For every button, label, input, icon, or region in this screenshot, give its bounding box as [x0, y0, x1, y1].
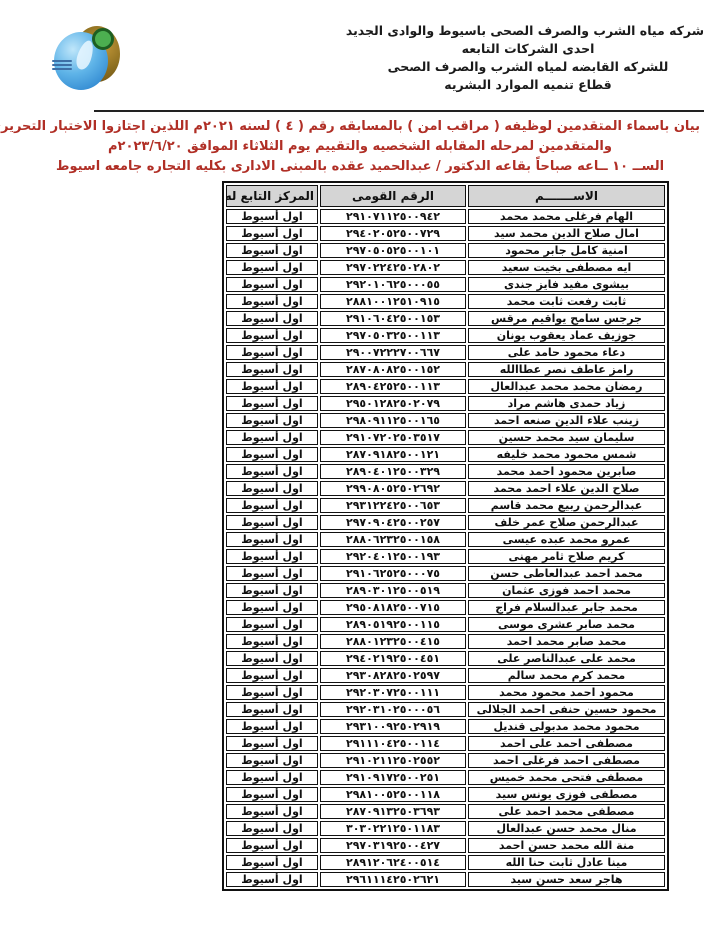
applicant-name-cell: سليمان سيد محمد حسين	[468, 430, 665, 445]
applicant-name-cell: جرجس سامح يواقيم مرقس	[468, 311, 665, 326]
table-row: بيشوى مفيد فايز جندى٢٩٢٠١٠٦٢٥٠٠٠٥٥اول أس…	[226, 277, 665, 292]
center-cell: اول أسيوط	[226, 362, 318, 377]
applicant-name-cell: شمس محمود محمد خليفه	[468, 447, 665, 462]
national-id-cell: ٢٩٧٠٢٢٤٢٥٠٢٨٠٢	[320, 260, 466, 275]
national-id-cell: ٢٩٧٠٥٠٥٢٥٠٠١٠١	[320, 243, 466, 258]
announcement-line-2: والمتقدمين لمرحله المقابله الشخصيه والتق…	[20, 137, 700, 157]
applicant-name-cell: مصطفى محمد احمد على	[468, 804, 665, 819]
center-cell: اول أسيوط	[226, 566, 318, 581]
table-row: منال محمد حسن عبدالعال٣٠٣٠٢٢١٢٥٠١١٨٣اول …	[226, 821, 665, 836]
center-cell: اول أسيوط	[226, 719, 318, 734]
center-cell: اول أسيوط	[226, 702, 318, 717]
applicant-name-cell: مصطفى احمد فرغلى احمد	[468, 753, 665, 768]
center-cell: اول أسيوط	[226, 328, 318, 343]
center-cell: اول أسيوط	[226, 532, 318, 547]
national-id-cell: ٣٠٣٠٢٢١٢٥٠١١٨٣	[320, 821, 466, 836]
applicant-name-cell: عبدالرحمن ربيع محمد قاسم	[468, 498, 665, 513]
table-row: محمد جابر عبدالسلام فراج٢٩٥٠٨١٨٢٥٠٠٧١٥او…	[226, 600, 665, 615]
national-id-cell: ٢٩٥٠١٢٨٢٥٠٢٠٧٩	[320, 396, 466, 411]
center-cell: اول أسيوط	[226, 583, 318, 598]
national-id-cell: ٢٩٣٠٨٢٨٢٥٠٢٥٩٧	[320, 668, 466, 683]
company-department: قطاع تنميه الموارد البشريه	[352, 76, 704, 94]
national-id-cell: ٢٩٠٠٧٢٢٢٧٠٠٦٦٧	[320, 345, 466, 360]
logo-green-badge	[92, 28, 114, 50]
table-row: شمس محمود محمد خليفه٢٨٧٠٩١٨٢٥٠٠١٢١اول أس…	[226, 447, 665, 462]
table-row: مصطفى فتحى محمد خميس٢٩١٠٩١٧٢٥٠٠٢٥١اول أس…	[226, 770, 665, 785]
center-cell: اول أسيوط	[226, 430, 318, 445]
table-row: جرجس سامح يواقيم مرقس٢٩١٠٦٠٤٢٥٠٠١٥٣اول أ…	[226, 311, 665, 326]
national-id-cell: ٢٨٧٠٩١٣٢٥٠٣٦٩٣	[320, 804, 466, 819]
national-id-cell: ٢٩٢٠٣١٠٢٥٠٠٠٥٦	[320, 702, 466, 717]
applicant-name-cell: محمود احمد محمود محمد	[468, 685, 665, 700]
center-cell: اول أسيوط	[226, 209, 318, 224]
table-row: امال صلاح الدين محمد سيد٢٩٤٠٢٠٥٢٥٠٠٧٢٩او…	[226, 226, 665, 241]
center-cell: اول أسيوط	[226, 838, 318, 853]
center-cell: اول أسيوط	[226, 855, 318, 870]
national-id-cell: ٢٨٩٠٤٠١٢٥٠٠٣٢٩	[320, 464, 466, 479]
applicant-name-cell: بيشوى مفيد فايز جندى	[468, 277, 665, 292]
table-row: دعاء محمود حامد على٢٩٠٠٧٢٢٢٧٠٠٦٦٧اول أسي…	[226, 345, 665, 360]
table-row: جوزيف عماد يعقوب يونان٢٩٧٠٥٠٣٢٥٠٠١١٣اول …	[226, 328, 665, 343]
national-id-cell: ٢٨٩٠٤٢٥٢٥٠٠١١٣	[320, 379, 466, 394]
national-id-cell: ٢٩٣١٠٠٩٢٥٠٢٩١٩	[320, 719, 466, 734]
center-cell: اول أسيوط	[226, 379, 318, 394]
center-cell: اول أسيوط	[226, 787, 318, 802]
applicant-name-cell: مصطفى فوزى يونس سيد	[468, 787, 665, 802]
table-row: مصطفى محمد احمد على٢٨٧٠٩١٣٢٥٠٣٦٩٣اول أسي…	[226, 804, 665, 819]
announcement-line-1: بيان باسماء المتقدمين لوظيفه ( مراقب امن…	[20, 117, 700, 137]
applicant-name-cell: منة الله محمد حسن احمد	[468, 838, 665, 853]
company-name: شركه مياه الشرب والصرف الصحى باسيوط والو…	[352, 22, 704, 40]
national-id-cell: ٢٩١١١٠٤٢٥٠٠١١٤	[320, 736, 466, 751]
center-cell: اول أسيوط	[226, 770, 318, 785]
applicant-name-cell: عبدالرحمن صلاح عمر خلف	[468, 515, 665, 530]
national-id-cell: ٢٩١٠٩١٧٢٥٠٠٢٥١	[320, 770, 466, 785]
table-row: الهام فرغلى محمد محمد٢٩١٠٧١١٢٥٠٠٩٤٢اول أ…	[226, 209, 665, 224]
applicant-name-cell: محمد احمد عبدالعاطى حسن	[468, 566, 665, 581]
applicant-name-cell: امال صلاح الدين محمد سيد	[468, 226, 665, 241]
national-id-cell: ٢٩١٠٦٢٥٢٥٠٠٠٧٥	[320, 566, 466, 581]
applicant-name-cell: محمد جابر عبدالسلام فراج	[468, 600, 665, 615]
applicant-name-cell: هاجر سعد حسن سيد	[468, 872, 665, 887]
table-row: محمد صابر محمد احمد٢٨٨٠١٢٣٢٥٠٠٤١٥اول أسي…	[226, 634, 665, 649]
header-center: المركز التابع له	[226, 185, 318, 207]
applicant-name-cell: امنية كامل جابر محمود	[468, 243, 665, 258]
applicant-name-cell: مصطفى فتحى محمد خميس	[468, 770, 665, 785]
table-row: رمضان محمد محمد عبدالعال٢٨٩٠٤٢٥٢٥٠٠١١٣او…	[226, 379, 665, 394]
center-cell: اول أسيوط	[226, 243, 318, 258]
applicant-name-cell: جوزيف عماد يعقوب يونان	[468, 328, 665, 343]
national-id-cell: ٢٩٦١١١٤٢٥٠٢٦٢١	[320, 872, 466, 887]
center-cell: اول أسيوط	[226, 617, 318, 632]
applicant-name-cell: محمد صابر عشرى موسى	[468, 617, 665, 632]
center-cell: اول أسيوط	[226, 464, 318, 479]
table-row: ايه مصطفى بخيت سعيد٢٩٧٠٢٢٤٢٥٠٢٨٠٢اول أسي…	[226, 260, 665, 275]
table-row: محمد كرم محمد سالم٢٩٣٠٨٢٨٢٥٠٢٥٩٧اول أسيو…	[226, 668, 665, 683]
national-id-cell: ٢٩١٠٦٠٤٢٥٠٠١٥٣	[320, 311, 466, 326]
center-cell: اول أسيوط	[226, 668, 318, 683]
center-cell: اول أسيوط	[226, 413, 318, 428]
applicant-name-cell: صلاح الدين علاء احمد محمد	[468, 481, 665, 496]
table-row: صلاح الدين علاء احمد محمد٢٩٩٠٨٠٥٢٥٠٢٦٩٢ا…	[226, 481, 665, 496]
scanned-document-page: { "company": { "logo": "water-company-em…	[0, 0, 720, 932]
national-id-cell: ٢٨٩١٢٠٦٢٤٠٠٥١٤	[320, 855, 466, 870]
table-header-row: الاســـــــم الرقم القومى المركز التابع …	[226, 185, 665, 207]
table-row: مينا عادل ثابت حنا الله٢٨٩١٢٠٦٢٤٠٠٥١٤اول…	[226, 855, 665, 870]
applicants-table-container: الاســـــــم الرقم القومى المركز التابع …	[222, 181, 669, 891]
company-logo-icon	[52, 20, 124, 96]
table-row: سليمان سيد محمد حسين٢٩١٠٧٢٠٢٥٠٣٥١٧اول أس…	[226, 430, 665, 445]
center-cell: اول أسيوط	[226, 804, 318, 819]
table-row: عبدالرحمن صلاح عمر خلف٢٩٧٠٩٠٤٢٥٠٠٢٥٧اول …	[226, 515, 665, 530]
company-letterhead: شركه مياه الشرب والصرف الصحى باسيوط والو…	[352, 22, 704, 94]
national-id-cell: ٢٩٥٠٨١٨٢٥٠٠٧١٥	[320, 600, 466, 615]
national-id-cell: ٢٩٧٠٣١٩٢٥٠٠٤٢٧	[320, 838, 466, 853]
national-id-cell: ٢٩٣١٢٢٤٢٥٠٠٦٥٣	[320, 498, 466, 513]
table-row: زياد حمدى هاشم مراد٢٩٥٠١٢٨٢٥٠٢٠٧٩اول أسي…	[226, 396, 665, 411]
applicant-name-cell: ثابت رفعت ثابت محمد	[468, 294, 665, 309]
table-row: محمود حسين حنفى احمد الجلالى٢٩٢٠٣١٠٢٥٠٠٠…	[226, 702, 665, 717]
header-divider-line	[94, 110, 704, 112]
company-subline-2: للشركه القابضه لمياه الشرب والصرف الصحى	[352, 58, 704, 76]
table-body: الهام فرغلى محمد محمد٢٩١٠٧١١٢٥٠٠٩٤٢اول أ…	[226, 209, 665, 887]
national-id-cell: ٢٨٨٠٦٢٣٢٥٠٠١٥٨	[320, 532, 466, 547]
logo-micro-text	[52, 58, 72, 72]
table-row: هاجر سعد حسن سيد٢٩٦١١١٤٢٥٠٢٦٢١اول أسيوط	[226, 872, 665, 887]
applicant-name-cell: محمد كرم محمد سالم	[468, 668, 665, 683]
table-row: محمد صابر عشرى موسى٢٨٩٠٥١٩٢٥٠٠١١٥اول أسي…	[226, 617, 665, 632]
applicant-name-cell: مصطفى احمد على احمد	[468, 736, 665, 751]
table-row: مصطفى احمد فرغلى احمد٢٩١٠٢١١٢٥٠٢٥٥٢اول أ…	[226, 753, 665, 768]
table-row: زينب علاء الدين صنعه احمد٢٩٨٠٩١١٢٥٠٠١٦٥ا…	[226, 413, 665, 428]
table-row: محمود احمد محمود محمد٢٩٢٠٣٠٧٢٥٠٠١١١اول أ…	[226, 685, 665, 700]
applicant-name-cell: مينا عادل ثابت حنا الله	[468, 855, 665, 870]
national-id-cell: ٢٩١٠٧١١٢٥٠٠٩٤٢	[320, 209, 466, 224]
applicant-name-cell: كريم صلاح ثامر مهنى	[468, 549, 665, 564]
center-cell: اول أسيوط	[226, 447, 318, 462]
national-id-cell: ٢٩٧٠٩٠٤٢٥٠٠٢٥٧	[320, 515, 466, 530]
table-row: كريم صلاح ثامر مهنى٢٩٢٠٤٠١٢٥٠٠١٩٣اول أسي…	[226, 549, 665, 564]
table-row: مصطفى احمد على احمد٢٩١١١٠٤٢٥٠٠١١٤اول أسي…	[226, 736, 665, 751]
national-id-cell: ٢٨٩٠٣٠١٢٥٠٠٥١٩	[320, 583, 466, 598]
national-id-cell: ٢٨٨١٠٠١٢٥١٠٩١٥	[320, 294, 466, 309]
table-row: مصطفى فوزى يونس سيد٢٩٨١٠٠٥٢٥٠٠١١٨اول أسي…	[226, 787, 665, 802]
applicant-name-cell: محمد احمد فوزى عثمان	[468, 583, 665, 598]
applicant-name-cell: الهام فرغلى محمد محمد	[468, 209, 665, 224]
national-id-cell: ٢٩١٠٢١١٢٥٠٢٥٥٢	[320, 753, 466, 768]
applicant-name-cell: صابرين محمود احمد محمد	[468, 464, 665, 479]
center-cell: اول أسيوط	[226, 498, 318, 513]
national-id-cell: ٢٩٨٠٩١١٢٥٠٠١٦٥	[320, 413, 466, 428]
table-row: رامز عاطف نصر عطاالله٢٨٧٠٨٠٨٢٥٠٠١٥٢اول أ…	[226, 362, 665, 377]
national-id-cell: ٢٩٢٠١٠٦٢٥٠٠٠٥٥	[320, 277, 466, 292]
applicant-name-cell: رمضان محمد محمد عبدالعال	[468, 379, 665, 394]
table-row: محمد احمد عبدالعاطى حسن٢٩١٠٦٢٥٢٥٠٠٠٧٥اول…	[226, 566, 665, 581]
center-cell: اول أسيوط	[226, 549, 318, 564]
table-row: عبدالرحمن ربيع محمد قاسم٢٩٣١٢٢٤٢٥٠٠٦٥٣او…	[226, 498, 665, 513]
table-row: محمد على عبدالناصر على٢٩٤٠٢١٩٢٥٠٠٤٥١اول …	[226, 651, 665, 666]
center-cell: اول أسيوط	[226, 821, 318, 836]
national-id-cell: ٢٨٨٠١٢٣٢٥٠٠٤١٥	[320, 634, 466, 649]
national-id-cell: ٢٩٤٠٢٠٥٢٥٠٠٧٢٩	[320, 226, 466, 241]
center-cell: اول أسيوط	[226, 753, 318, 768]
announcement-line-3: الســ ١٠ ــاعه صباحاً بقاعه الدكتور / عب…	[20, 157, 700, 177]
national-id-cell: ٢٩١٠٧٢٠٢٥٠٣٥١٧	[320, 430, 466, 445]
applicant-name-cell: زياد حمدى هاشم مراد	[468, 396, 665, 411]
national-id-cell: ٢٩٢٠٤٠١٢٥٠٠١٩٣	[320, 549, 466, 564]
center-cell: اول أسيوط	[226, 311, 318, 326]
center-cell: اول أسيوط	[226, 226, 318, 241]
national-id-cell: ٢٩٢٠٣٠٧٢٥٠٠١١١	[320, 685, 466, 700]
announcement-title: بيان باسماء المتقدمين لوظيفه ( مراقب امن…	[20, 117, 700, 177]
applicant-name-cell: محمود حسين حنفى احمد الجلالى	[468, 702, 665, 717]
center-cell: اول أسيوط	[226, 515, 318, 530]
header-national-id: الرقم القومى	[320, 185, 466, 207]
center-cell: اول أسيوط	[226, 345, 318, 360]
table-row: صابرين محمود احمد محمد٢٨٩٠٤٠١٢٥٠٠٣٢٩اول …	[226, 464, 665, 479]
national-id-cell: ٢٩٨١٠٠٥٢٥٠٠١١٨	[320, 787, 466, 802]
center-cell: اول أسيوط	[226, 396, 318, 411]
center-cell: اول أسيوط	[226, 260, 318, 275]
table-row: امنية كامل جابر محمود٢٩٧٠٥٠٥٢٥٠٠١٠١اول أ…	[226, 243, 665, 258]
applicant-name-cell: منال محمد حسن عبدالعال	[468, 821, 665, 836]
applicant-name-cell: رامز عاطف نصر عطاالله	[468, 362, 665, 377]
center-cell: اول أسيوط	[226, 685, 318, 700]
center-cell: اول أسيوط	[226, 294, 318, 309]
center-cell: اول أسيوط	[226, 651, 318, 666]
national-id-cell: ٢٨٧٠٨٠٨٢٥٠٠١٥٢	[320, 362, 466, 377]
center-cell: اول أسيوط	[226, 872, 318, 887]
applicant-name-cell: عمرو محمد عبده عيسى	[468, 532, 665, 547]
center-cell: اول أسيوط	[226, 481, 318, 496]
table-row: ثابت رفعت ثابت محمد٢٨٨١٠٠١٢٥١٠٩١٥اول أسي…	[226, 294, 665, 309]
table-row: عمرو محمد عبده عيسى٢٨٨٠٦٢٣٢٥٠٠١٥٨اول أسي…	[226, 532, 665, 547]
applicant-name-cell: دعاء محمود حامد على	[468, 345, 665, 360]
applicant-name-cell: محمد صابر محمد احمد	[468, 634, 665, 649]
applicants-table: الاســـــــم الرقم القومى المركز التابع …	[222, 181, 669, 891]
company-subline-1: احدى الشركات التابعه	[352, 40, 704, 58]
national-id-cell: ٢٩٩٠٨٠٥٢٥٠٢٦٩٢	[320, 481, 466, 496]
table-row: محمد احمد فوزى عثمان٢٨٩٠٣٠١٢٥٠٠٥١٩اول أس…	[226, 583, 665, 598]
applicant-name-cell: محمد على عبدالناصر على	[468, 651, 665, 666]
table-row: منة الله محمد حسن احمد٢٩٧٠٣١٩٢٥٠٠٤٢٧اول …	[226, 838, 665, 853]
center-cell: اول أسيوط	[226, 277, 318, 292]
center-cell: اول أسيوط	[226, 600, 318, 615]
national-id-cell: ٢٩٧٠٥٠٣٢٥٠٠١١٣	[320, 328, 466, 343]
center-cell: اول أسيوط	[226, 634, 318, 649]
center-cell: اول أسيوط	[226, 736, 318, 751]
header-name: الاســـــــم	[468, 185, 665, 207]
applicant-name-cell: ايه مصطفى بخيت سعيد	[468, 260, 665, 275]
national-id-cell: ٢٨٧٠٩١٨٢٥٠٠١٢١	[320, 447, 466, 462]
table-row: محمود محمد مدبولى قنديل٢٩٣١٠٠٩٢٥٠٢٩١٩اول…	[226, 719, 665, 734]
national-id-cell: ٢٩٤٠٢١٩٢٥٠٠٤٥١	[320, 651, 466, 666]
national-id-cell: ٢٨٩٠٥١٩٢٥٠٠١١٥	[320, 617, 466, 632]
applicant-name-cell: محمود محمد مدبولى قنديل	[468, 719, 665, 734]
applicant-name-cell: زينب علاء الدين صنعه احمد	[468, 413, 665, 428]
